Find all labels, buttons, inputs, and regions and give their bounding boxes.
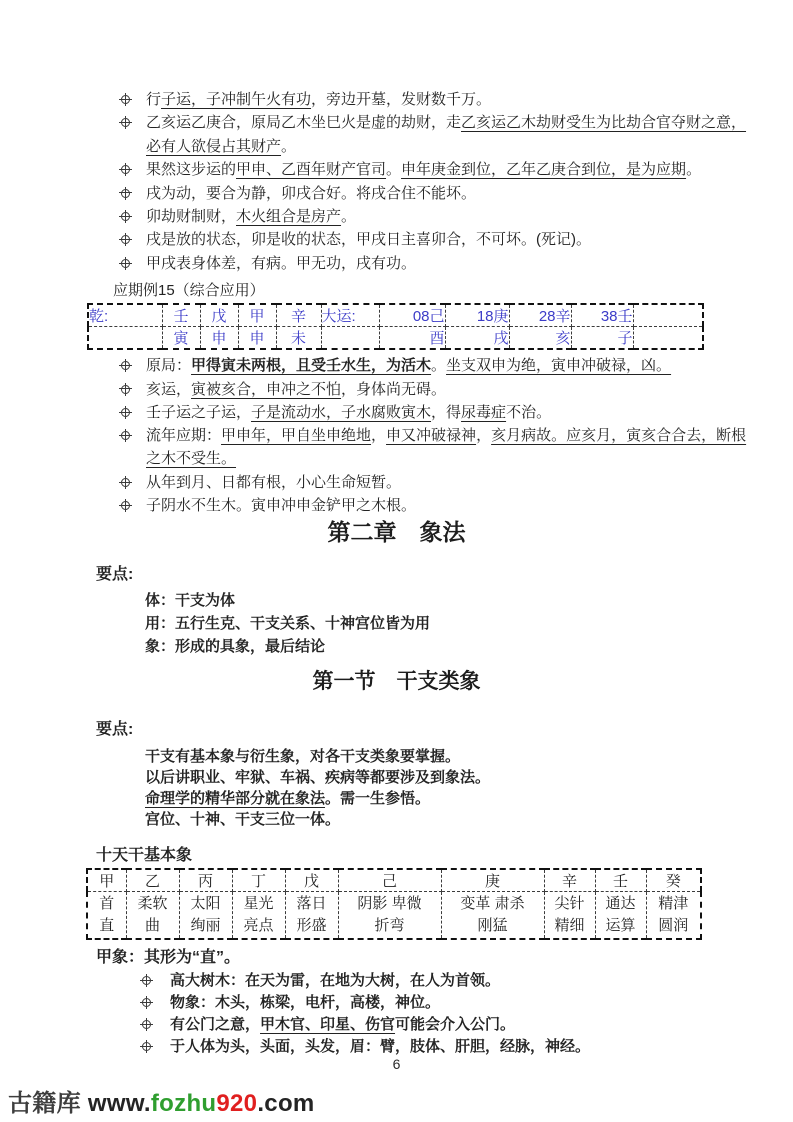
stems-body-cell: 星光亮点 bbox=[232, 892, 285, 940]
stems-cell-line: 首 bbox=[88, 893, 126, 915]
text-segment: 流年应期： bbox=[146, 427, 221, 444]
list-item: 高大树木：在天为雷，在地为大树，在人为首领。 bbox=[140, 970, 753, 992]
list-item: 有公门之意，甲木官、印星、伤官可能会介入公门。 bbox=[140, 1014, 753, 1036]
document-page: 行子运，子冲制午火有功，旁边开墓，发财数千万。乙亥运乙庚合，原局乙木坐巳火是虚的… bbox=[0, 0, 793, 1122]
jia-section-title: 甲象：其形为“直”。 bbox=[96, 948, 793, 967]
crosshair-bullet-icon bbox=[119, 429, 132, 442]
site-watermark: 古籍库www.fozhu920.com bbox=[8, 1083, 315, 1118]
stems-body-cell: 首直 bbox=[87, 892, 126, 940]
list-item: 子阴水不生木。寅申冲申金铲甲之木根。 bbox=[119, 494, 753, 517]
table-cell: 辛 bbox=[276, 304, 321, 327]
table-cell: 申 bbox=[200, 327, 238, 350]
keypoints-label-section: 要点: bbox=[96, 720, 793, 739]
text-segment: 从年到月、日都有根，小心生命短暂。 bbox=[146, 474, 401, 491]
stems-body-cell: 阴影 卑微折弯 bbox=[338, 892, 441, 940]
text-segment: 宫位、十神、干支三位一体。 bbox=[145, 811, 340, 828]
crosshair-bullet-icon bbox=[119, 163, 132, 176]
text-segment: 。 bbox=[686, 161, 701, 178]
text-segment: 果然这步运的 bbox=[146, 161, 236, 178]
table-cell: 子 bbox=[571, 327, 633, 350]
stems-header-cell: 甲 bbox=[87, 869, 126, 892]
stems-header-cell: 乙 bbox=[126, 869, 179, 892]
text-segment: 申又冲破禄神 bbox=[386, 427, 476, 444]
text-segment: 坐支双申为绝，寅申冲破禄，凶。 bbox=[446, 357, 671, 374]
table-cell: 壬 bbox=[162, 304, 200, 327]
list-item: 行子运，子冲制午火有功，旁边开墓，发财数千万。 bbox=[119, 88, 753, 111]
keypoint-line: 体：干支为体 bbox=[145, 589, 793, 612]
stems-header-cell: 丁 bbox=[232, 869, 285, 892]
list-item-text: 亥运，寅被亥合，申冲之不怕，身体尚无碍。 bbox=[146, 381, 446, 398]
list-item: 从年到月、日都有根，小心生命短暂。 bbox=[119, 471, 753, 494]
keypoint-line: 象：形成的具象，最后结论 bbox=[145, 635, 793, 658]
text-segment: 甲申年，甲自坐申绝地 bbox=[221, 427, 371, 444]
watermark-site-name: 古籍库 bbox=[8, 1090, 81, 1117]
text-segment: 木火组合是房产 bbox=[236, 208, 341, 225]
crosshair-bullet-icon bbox=[119, 93, 132, 106]
text-segment: ，身体尚无碍。 bbox=[341, 381, 446, 398]
text-segment: 以后讲职业、牢狱、车祸、疾病等都要涉及到象法。 bbox=[145, 769, 490, 786]
list-item-text: 原局：甲得寅未两根，且受壬水生，为活木。坐支双申为绝，寅申冲破禄，凶。 bbox=[146, 357, 671, 374]
table-cell: 未 bbox=[276, 327, 321, 350]
text-segment: 。需一生参悟。 bbox=[325, 790, 430, 807]
keypoint-line: 用：五行生克、干支关系、十神宫位皆为用 bbox=[145, 612, 793, 635]
text-segment: 物象：木头，栋梁，电杆，高楼，神位。 bbox=[170, 994, 440, 1011]
list-item-text: 于人体为头，头面，头发，眉：臂，肢体、肝胆，经脉，神经。 bbox=[170, 1038, 590, 1055]
stems-cell-line: 柔软 bbox=[127, 893, 179, 915]
text-segment: 原局： bbox=[146, 357, 191, 374]
text-segment: 。 bbox=[341, 208, 356, 225]
keypoints-label-chapter: 要点: bbox=[96, 565, 793, 584]
crosshair-bullet-icon bbox=[119, 383, 132, 396]
jia-bullet-list: 高大树木：在天为雷，在地为大树，在人为首领。物象：木头，栋梁，电杆，高楼，神位。… bbox=[140, 970, 753, 1057]
stems-cell-line: 精津 bbox=[647, 893, 701, 915]
list-item: 乙亥运乙庚合，原局乙木坐巳火是虚的劫财，走乙亥运乙木劫财受生为比劫合官夺财之意，… bbox=[119, 111, 753, 158]
table-cell bbox=[633, 327, 703, 350]
text-segment: 甲得寅未两根，且受壬水生，为活木 bbox=[191, 357, 431, 374]
text-segment: 亥运， bbox=[146, 381, 191, 398]
list-item-text: 有公门之意，甲木官、印星、伤官可能会介入公门。 bbox=[170, 1016, 515, 1033]
table-cell: 乾: bbox=[88, 304, 162, 327]
text-segment: 戌为动，要合为静，卯戌合好。将戌合住不能坏。 bbox=[146, 185, 476, 202]
stems-cell-line: 尖针 bbox=[545, 893, 595, 915]
text-segment: 用：五行生克、干支关系、十神宫位皆为用 bbox=[145, 615, 430, 632]
stems-cell-line: 太阳 bbox=[180, 893, 232, 915]
table-cell: 亥 bbox=[509, 327, 571, 350]
text-segment: 子阴水不生木。寅申冲申金铲甲之木根。 bbox=[146, 497, 416, 514]
list-item: 戌为动，要合为静，卯戌合好。将戌合住不能坏。 bbox=[119, 182, 753, 205]
text-segment: 象：形成的具象，最后结论 bbox=[145, 638, 325, 655]
text-segment: 申年庚金到位，乙年乙庚合到位，是为应期 bbox=[401, 161, 686, 178]
page-content: 行子运，子冲制午火有功，旁边开墓，发财数千万。乙亥运乙庚合，原局乙木坐巳火是虚的… bbox=[0, 0, 793, 1058]
watermark-domain-red: 920 bbox=[216, 1090, 257, 1117]
stems-cell-line: 绚丽 bbox=[180, 915, 232, 937]
crosshair-bullet-icon bbox=[119, 406, 132, 419]
watermark-domain-green: fozhu bbox=[151, 1090, 216, 1117]
ten-stems-table: 甲乙丙丁戊己庚辛壬癸 首直柔软曲太阳绚丽星光亮点落日形盛阴影 卑微折弯变革 肃杀… bbox=[86, 868, 702, 940]
crosshair-bullet-icon bbox=[140, 1040, 153, 1053]
table-cell: 酉 bbox=[379, 327, 445, 350]
crosshair-bullet-icon bbox=[119, 499, 132, 512]
list-item: 于人体为头，头面，头发，眉：臂，肢体、肝胆，经脉，神经。 bbox=[140, 1036, 753, 1058]
list-item: 物象：木头，栋梁，电杆，高楼，神位。 bbox=[140, 992, 753, 1014]
list-item: 果然这步运的甲申、乙酉年财产官司。申年庚金到位，乙年乙庚合到位，是为应期。 bbox=[119, 158, 753, 181]
case-example-caption: 应期例15（综合应用） bbox=[113, 281, 793, 301]
stems-body-row: 首直柔软曲太阳绚丽星光亮点落日形盛阴影 卑微折弯变革 肃杀刚猛尖针精细通达运算精… bbox=[87, 892, 701, 940]
table-cell: 申 bbox=[238, 327, 276, 350]
table-cell bbox=[321, 327, 379, 350]
section-title: 第一节 干支类象 bbox=[0, 668, 793, 696]
list-item-text: 行子运，子冲制午火有功，旁边开墓，发财数千万。 bbox=[146, 91, 491, 108]
table-cell: 大运: bbox=[321, 304, 379, 327]
list-item: 流年应期：甲申年，甲自坐申绝地，申又冲破禄神，亥月病故。应亥月，寅亥合合去，断根… bbox=[119, 424, 753, 471]
stems-cell-line: 圆润 bbox=[647, 915, 701, 937]
stems-body-cell: 尖针精细 bbox=[544, 892, 595, 940]
text-segment: 有公门之意， bbox=[170, 1016, 260, 1033]
text-segment: 体：干支为体 bbox=[145, 592, 235, 609]
watermark-www: www. bbox=[88, 1090, 151, 1117]
crosshair-bullet-icon bbox=[140, 996, 153, 1009]
crosshair-bullet-icon bbox=[119, 233, 132, 246]
stems-cell-line: 亮点 bbox=[233, 915, 285, 937]
text-segment: 行 bbox=[146, 91, 161, 108]
stems-body-cell: 精津圆润 bbox=[646, 892, 701, 940]
text-segment: 干支有基本象与衍生象，对各干支类象要掌握。 bbox=[145, 748, 460, 765]
stems-cell-line: 形盛 bbox=[286, 915, 338, 937]
text-segment: ， bbox=[476, 427, 491, 444]
stems-header-cell: 己 bbox=[338, 869, 441, 892]
stems-header-row: 甲乙丙丁戊己庚辛壬癸 bbox=[87, 869, 701, 892]
list-item-text: 甲戌表身体差，有病。甲无功，戌有功。 bbox=[146, 255, 416, 272]
case-bullet-list: 原局：甲得寅未两根，且受壬水生，为活木。坐支双申为绝，寅申冲破禄，凶。亥运，寅被… bbox=[119, 354, 753, 517]
text-segment: 命理学的精华部分就在象法 bbox=[145, 790, 325, 807]
crosshair-bullet-icon bbox=[119, 210, 132, 223]
list-item-text: 从年到月、日都有根，小心生命短暂。 bbox=[146, 474, 401, 491]
chapter-title: 第二章 象法 bbox=[0, 517, 793, 547]
text-segment: 甲戌表身体差，有病。甲无功，戌有功。 bbox=[146, 255, 416, 272]
keypoint-line: 干支有基本象与衍生象，对各干支类象要掌握。 bbox=[145, 746, 793, 767]
list-item: 甲戌表身体差，有病。甲无功，戌有功。 bbox=[119, 252, 753, 275]
stems-header-cell: 庚 bbox=[441, 869, 544, 892]
list-item-text: 果然这步运的甲申、乙酉年财产官司。申年庚金到位，乙年乙庚合到位，是为应期。 bbox=[146, 161, 701, 178]
stems-body-cell: 通达运算 bbox=[595, 892, 646, 940]
stems-body-cell: 柔软曲 bbox=[126, 892, 179, 940]
list-item: 原局：甲得寅未两根，且受壬水生，为活木。坐支双申为绝，寅申冲破禄，凶。 bbox=[119, 354, 753, 377]
text-segment: 可能会介入公门。 bbox=[395, 1016, 515, 1033]
crosshair-bullet-icon bbox=[140, 974, 153, 987]
stems-cell-line: 曲 bbox=[127, 915, 179, 937]
keypoints-chapter-lines: 体：干支为体用：五行生克、干支关系、十神宫位皆为用象：形成的具象，最后结论 bbox=[145, 589, 793, 658]
keypoint-line: 以后讲职业、牢狱、车祸、疾病等都要涉及到象法。 bbox=[145, 767, 793, 788]
list-item: 卯劫财制财，木火组合是房产。 bbox=[119, 205, 753, 228]
stems-cell-line: 阴影 卑微 bbox=[339, 893, 441, 915]
stems-body-cell: 落日形盛 bbox=[285, 892, 338, 940]
list-item-text: 壬子运之子运，子是流动水，子水腐败寅木，得尿毒症不治。 bbox=[146, 404, 551, 421]
crosshair-bullet-icon bbox=[119, 359, 132, 372]
list-item-text: 乙亥运乙庚合，原局乙木坐巳火是虚的劫财，走乙亥运乙木劫财受生为比劫合官夺财之意，… bbox=[146, 114, 746, 154]
text-segment: 乙亥运乙庚合，原局乙木坐巳火是虚的劫财，走 bbox=[146, 114, 461, 131]
table-cell: 18庚 bbox=[445, 304, 509, 327]
text-segment: 子运，子冲制午火有功 bbox=[161, 91, 311, 108]
keypoints-section-lines: 干支有基本象与衍生象，对各干支类象要掌握。以后讲职业、牢狱、车祸、疾病等都要涉及… bbox=[145, 746, 793, 830]
table-cell: 38壬 bbox=[571, 304, 633, 327]
table-row: 乾:壬戊甲辛大运:08己18庚28辛38壬 bbox=[88, 304, 703, 327]
list-item: 亥运，寅被亥合，申冲之不怕，身体尚无碍。 bbox=[119, 378, 753, 401]
stems-cell-line: 星光 bbox=[233, 893, 285, 915]
list-item-text: 流年应期：甲申年，甲自坐申绝地，申又冲破禄神，亥月病故。应亥月，寅亥合合去，断根… bbox=[146, 427, 746, 467]
table-cell: 28辛 bbox=[509, 304, 571, 327]
stems-header-cell: 壬 bbox=[595, 869, 646, 892]
crosshair-bullet-icon bbox=[140, 1018, 153, 1031]
text-segment: 子是流动水，子水腐败寅木 bbox=[251, 404, 431, 421]
text-segment: 。 bbox=[431, 357, 446, 374]
table-cell: 戊 bbox=[200, 304, 238, 327]
stems-cell-line: 直 bbox=[88, 915, 126, 937]
text-segment: ，得 bbox=[431, 404, 461, 421]
list-item: 戌是放的状态，卯是收的状态，甲戌日主喜卯合，不可坏。(死记)。 bbox=[119, 228, 753, 251]
table-cell: 08己 bbox=[379, 304, 445, 327]
stems-table-title: 十天干基本象 bbox=[96, 846, 793, 865]
stems-header-cell: 辛 bbox=[544, 869, 595, 892]
text-segment: 于人体为头，头面，头发，眉：臂，肢体、肝胆，经脉，神经。 bbox=[170, 1038, 590, 1055]
list-item-text: 子阴水不生木。寅申冲申金铲甲之木根。 bbox=[146, 497, 416, 514]
text-segment: ，旁边开墓，发财数千万。 bbox=[311, 91, 491, 108]
page-number: 6 bbox=[0, 1056, 793, 1072]
stems-cell-line: 刚猛 bbox=[442, 915, 544, 937]
stems-header-cell: 戊 bbox=[285, 869, 338, 892]
stems-body-cell: 太阳绚丽 bbox=[179, 892, 232, 940]
table-cell bbox=[88, 327, 162, 350]
table-cell bbox=[633, 304, 703, 327]
text-segment: 壬子运之子运， bbox=[146, 404, 251, 421]
stems-cell-line: 精细 bbox=[545, 915, 595, 937]
table-row: 寅申申未酉戌亥子 bbox=[88, 327, 703, 350]
stems-body-cell: 变革 肃杀刚猛 bbox=[441, 892, 544, 940]
bazi-case-table: 乾:壬戊甲辛大运:08己18庚28辛38壬寅申申未酉戌亥子 bbox=[87, 303, 704, 350]
stems-cell-line: 变革 肃杀 bbox=[442, 893, 544, 915]
list-item-text: 戌为动，要合为静，卯戌合好。将戌合住不能坏。 bbox=[146, 185, 476, 202]
stems-cell-line: 折弯 bbox=[339, 915, 441, 937]
list-item-text: 戌是放的状态，卯是收的状态，甲戌日主喜卯合，不可坏。(死记)。 bbox=[146, 231, 591, 248]
text-segment: 甲申、乙酉年财产官司 bbox=[236, 161, 386, 178]
crosshair-bullet-icon bbox=[119, 187, 132, 200]
table-cell: 甲 bbox=[238, 304, 276, 327]
text-segment: ， bbox=[371, 427, 386, 444]
keypoint-line: 宫位、十神、干支三位一体。 bbox=[145, 809, 793, 830]
text-segment: 卯劫财制财， bbox=[146, 208, 236, 225]
text-segment: 。 bbox=[281, 138, 296, 155]
list-item-text: 卯劫财制财，木火组合是房产。 bbox=[146, 208, 356, 225]
list-item-text: 物象：木头，栋梁，电杆，高楼，神位。 bbox=[170, 994, 440, 1011]
table-cell: 戌 bbox=[445, 327, 509, 350]
text-segment: 甲木官、印星、伤官 bbox=[260, 1016, 395, 1033]
top-bullet-list: 行子运，子冲制午火有功，旁边开墓，发财数千万。乙亥运乙庚合，原局乙木坐巳火是虚的… bbox=[119, 88, 753, 275]
watermark-domain-suffix: .com bbox=[257, 1090, 314, 1117]
text-segment: 戌是放的状态，卯是收的状态，甲戌日主喜卯合，不可坏。(死记)。 bbox=[146, 231, 591, 248]
stems-cell-line: 落日 bbox=[286, 893, 338, 915]
table-cell: 寅 bbox=[162, 327, 200, 350]
stems-header-cell: 丙 bbox=[179, 869, 232, 892]
crosshair-bullet-icon bbox=[119, 116, 132, 129]
text-segment: 尿毒症 bbox=[461, 404, 506, 421]
list-item: 壬子运之子运，子是流动水，子水腐败寅木，得尿毒症不治。 bbox=[119, 401, 753, 424]
crosshair-bullet-icon bbox=[119, 257, 132, 270]
text-segment: 寅被亥合，申冲之不怕 bbox=[191, 381, 341, 398]
text-segment: 高大树木：在天为雷，在地为大树，在人为首领。 bbox=[170, 972, 500, 989]
keypoint-line: 命理学的精华部分就在象法。需一生参悟。 bbox=[145, 788, 793, 809]
stems-header-cell: 癸 bbox=[646, 869, 701, 892]
stems-cell-line: 运算 bbox=[596, 915, 646, 937]
text-segment: 不治。 bbox=[506, 404, 551, 421]
list-item-text: 高大树木：在天为雷，在地为大树，在人为首领。 bbox=[170, 972, 500, 989]
crosshair-bullet-icon bbox=[119, 476, 132, 489]
text-segment: 。 bbox=[386, 161, 401, 178]
stems-cell-line: 通达 bbox=[596, 893, 646, 915]
